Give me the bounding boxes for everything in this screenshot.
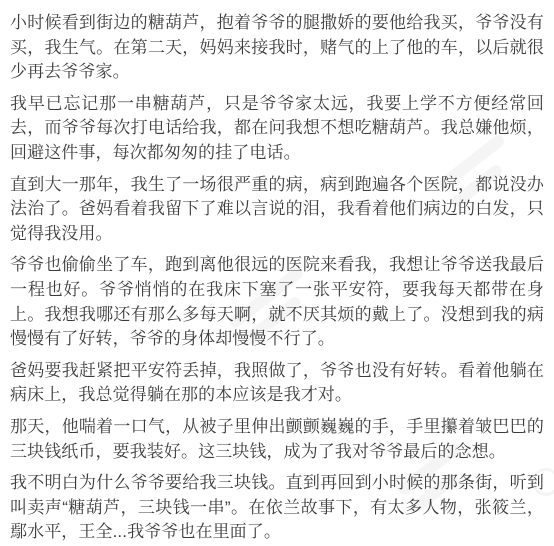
paragraph-7: 我不明白为什么爷爷要给我三块钱。直到再回到小时候的那条街，听到叫卖声“糖葫芦，三…: [10, 471, 544, 545]
paragraph-6: 那天，他喘着一口气，从被子里伸出颤颤巍巍的手，手里攥着皱巴巴的三块钱纸币，要我装…: [10, 415, 544, 464]
paragraph-4: 爷爷也偷偷坐了车，跑到离他很远的医院来看我，我想让爷爷送我最后一程也好。爷爷悄悄…: [10, 253, 544, 351]
paragraph-2: 我早已忘记那一串糖葫芦，只是爷爷家太远，我要上学不方便经常回去，而爷爷每次打电话…: [10, 92, 544, 166]
paragraph-3: 直到大一那年，我生了一场很严重的病，病到跑遍各个医院，都说没办法治了。爸妈看着我…: [10, 173, 544, 247]
article-body: 小时候看到街边的糖葫芦，抱着爷爷的腿撒娇的要他给我买，爷爷没有买，我生气。在第二…: [0, 0, 554, 545]
paragraph-1: 小时候看到街边的糖葫芦，抱着爷爷的腿撒娇的要他给我买，爷爷没有买，我生气。在第二…: [10, 11, 544, 85]
paragraph-5: 爸妈要我赶紧把平安符丢掉，我照做了，爷爷也没有好转。看着他躺在病床上，我总觉得躺…: [10, 359, 544, 408]
